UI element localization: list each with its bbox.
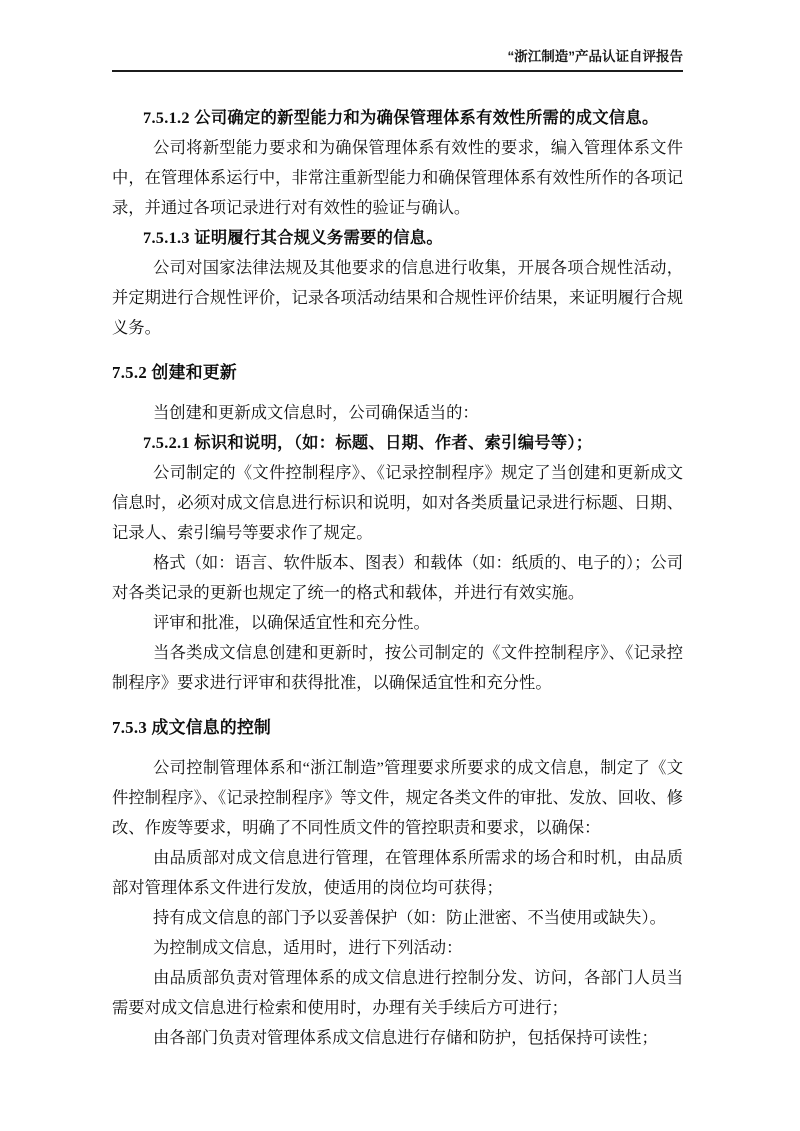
- header-title: “浙江制造”产品认证自评报告: [508, 49, 684, 64]
- paragraph-review-approve: 评审和批准，以确保适宜性和充分性。: [112, 608, 683, 638]
- section-heading-7-5-2: 7.5.2 创建和更新: [112, 358, 683, 388]
- paragraph-compliance: 公司对国家法律法规及其他要求的信息进行收集，开展各项合规性活动，并定期进行合规性…: [112, 253, 683, 343]
- heading-7-5-1-2: 7.5.1.2 公司确定的新型能力和为确保管理体系有效性所需的成文信息。: [112, 103, 683, 133]
- heading-7-5-1-3: 7.5.1.3 证明履行其合规义务需要的信息。: [112, 223, 683, 253]
- paragraph-identification: 公司制定的《文件控制程序》、《记录控制程序》规定了当创建和更新成文信息时，必须对…: [112, 458, 683, 548]
- heading-7-5-2-1: 7.5.2.1 标识和说明，（如：标题、日期、作者、索引编号等）；: [112, 428, 683, 458]
- page-header: “浙江制造”产品认证自评报告: [112, 48, 683, 72]
- section-heading-7-5-3: 7.5.3 成文信息的控制: [112, 713, 683, 743]
- document-content: 7.5.1.2 公司确定的新型能力和为确保管理体系有效性所需的成文信息。 公司将…: [112, 103, 683, 1053]
- paragraph-create-update-intro: 当创建和更新成文信息时，公司确保适当的：: [112, 398, 683, 428]
- paragraph-format-carrier: 格式（如：语言、软件版本、图表）和载体（如：纸质的、电子的）；公司对各类记录的更…: [112, 548, 683, 608]
- paragraph-new-capability: 公司将新型能力要求和为确保管理体系有效性的要求，编入管理体系文件中，在管理体系运…: [112, 133, 683, 223]
- document-page: “浙江制造”产品认证自评报告 7.5.1.2 公司确定的新型能力和为确保管理体系…: [0, 0, 800, 1131]
- paragraph-review-process: 当各类成文信息创建和更新时，按公司制定的《文件控制程序》、《记录控制程序》要求进…: [112, 638, 683, 698]
- paragraph-access-control: 由品质部负责对管理体系的成文信息进行控制分发、访问，各部门人员当需要对成文信息进…: [112, 963, 683, 1023]
- paragraph-protection: 持有成文信息的部门予以妥善保护（如：防止泄密、不当使用或缺失）。: [112, 903, 683, 933]
- paragraph-distribution: 由品质部对成文信息进行管理，在管理体系所需求的场合和时机，由品质部对管理体系文件…: [112, 843, 683, 903]
- paragraph-control-overview: 公司控制管理体系和“浙江制造”管理要求所要求的成文信息，制定了《文件控制程序》、…: [112, 753, 683, 843]
- paragraph-storage-protection: 由各部门负责对管理体系成文信息进行存储和防护，包括保持可读性；: [112, 1023, 683, 1053]
- paragraph-control-activities: 为控制成文信息，适用时，进行下列活动：: [112, 933, 683, 963]
